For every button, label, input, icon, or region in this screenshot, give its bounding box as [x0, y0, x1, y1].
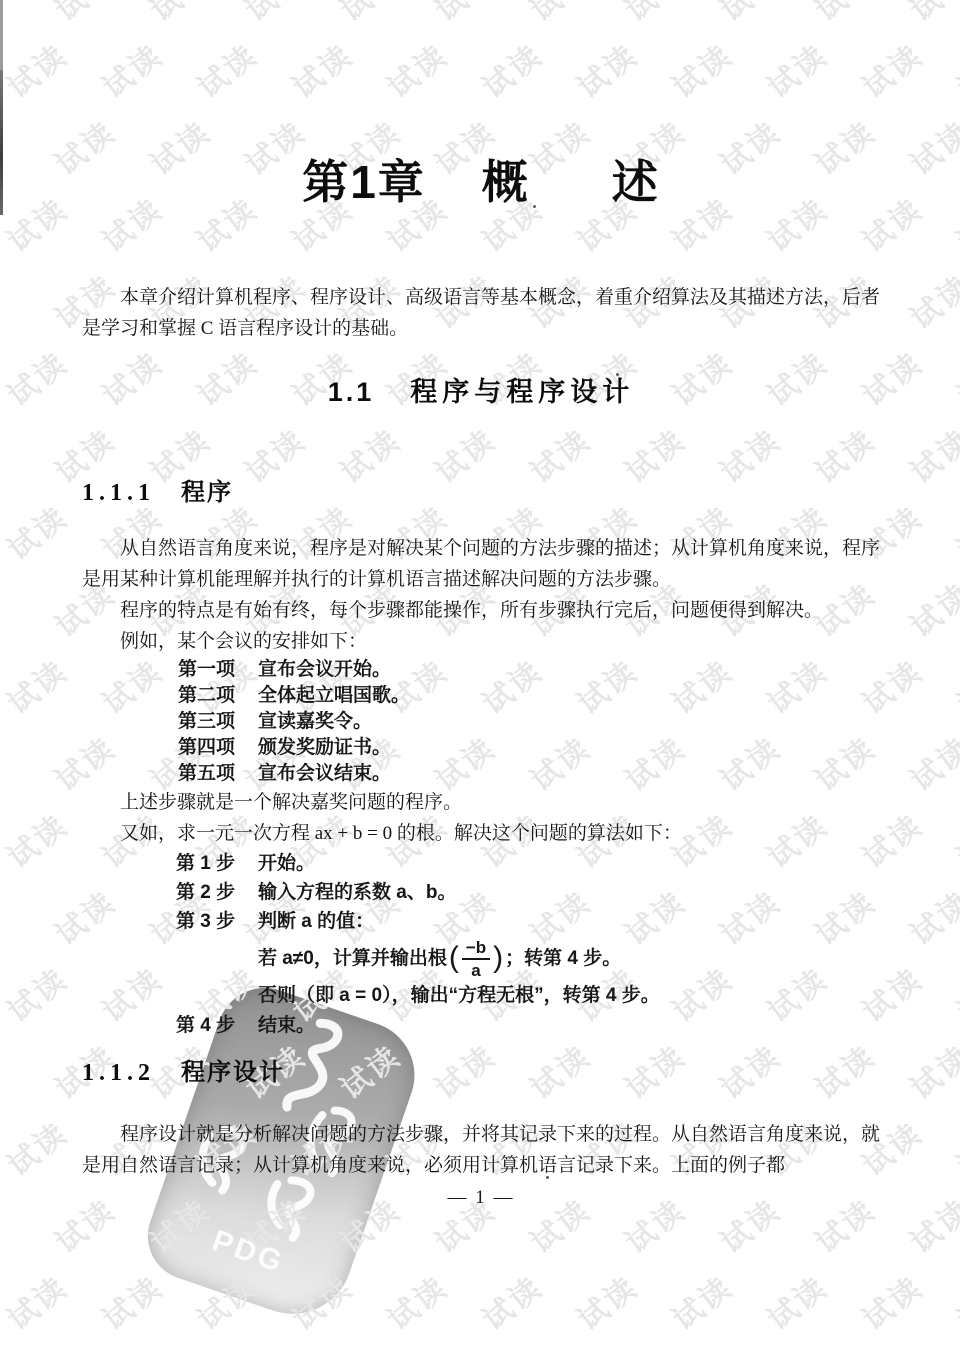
book-page: PDG 试读试读试读试读试读试读试读试读试读试读试读试读试读试读试读试读试读试读… [0, 0, 960, 1357]
trial-watermark: 试读 [899, 108, 960, 183]
chapter-title-word2: 述 [612, 156, 660, 208]
meeting-agenda-list: 第一项宣布会议开始。 第二项全体起立唱国歌。 第三项宣读嘉奖令。 第四项颁发奖励… [82, 657, 880, 787]
trial-watermark: 试读 [0, 493, 76, 568]
list-item-text: 宣读嘉奖令。 [258, 709, 372, 735]
fraction-numerator: −b [462, 939, 490, 960]
trial-watermark: 试读 [946, 1263, 960, 1338]
trial-watermark: 试读 [0, 1109, 76, 1184]
body-paragraph: 从自然语言角度来说，程序是对解决某个问题的方法步骤的描述；从计算机角度来说，程序… [82, 533, 880, 595]
trial-watermark: 试读 [851, 1263, 930, 1338]
fraction-denominator: a [471, 960, 480, 979]
algorithm-step: 第 2 步输入方程的系数 a、b。 [176, 878, 880, 907]
body-paragraph: 程序设计就是分析解决问题的方法步骤，并将其记录下来的过程。从自然语言角度来说，就… [82, 1119, 880, 1181]
trial-watermark: 试读 [899, 1032, 960, 1107]
step-label: 第 4 步 [176, 1011, 258, 1040]
subsection-number: 1.1.1 [82, 480, 155, 506]
trial-watermark: 试读 [0, 801, 76, 876]
scan-speck [533, 205, 536, 208]
trial-watermark: 试读 [946, 493, 960, 568]
subsection-heading-1-1-1: 1.1.1程序 [82, 479, 880, 507]
trial-watermark: 试读 [0, 339, 76, 414]
list-item: 第四项颁发奖励证书。 [178, 735, 880, 761]
trial-watermark: 试读 [566, 1263, 645, 1338]
step-label: 第 2 步 [176, 878, 258, 907]
trial-watermark: 试读 [0, 185, 76, 260]
algorithm-steps: 第 1 步开始。 第 2 步输入方程的系数 a、b。 第 3 步判断 a 的值：… [82, 849, 880, 1040]
trial-watermark: 试读 [899, 1186, 960, 1261]
trial-watermark: 试读 [946, 1109, 960, 1184]
list-item-label: 第二项 [178, 683, 258, 709]
trial-watermark: 试读 [946, 185, 960, 260]
trial-watermark: 试读 [661, 1263, 740, 1338]
trial-watermark: 试读 [0, 1263, 76, 1338]
trial-watermark: 试读 [471, 1263, 550, 1338]
branch-if-suffix: ；转第 4 步。 [505, 943, 621, 974]
trial-watermark: 试读 [899, 262, 960, 337]
fraction-minus-b-over-a: −ba [462, 939, 490, 979]
open-paren: ( [447, 942, 461, 973]
scan-edge-artifact [0, 0, 3, 70]
step-text: 开始。 [258, 849, 315, 878]
trial-watermark: 试读 [899, 0, 960, 30]
body-paragraph: 例如，某个会议的安排如下： [82, 626, 880, 657]
chapter-title-word1: 概 [482, 156, 530, 208]
list-item: 第三项宣读嘉奖令。 [178, 709, 880, 735]
list-item: 第一项宣布会议开始。 [178, 657, 880, 683]
trial-watermark: 试读 [0, 31, 76, 106]
step-label: 第 3 步 [176, 907, 258, 936]
scan-speck [546, 1176, 549, 1179]
list-item: 第五项宣布会议结束。 [178, 761, 880, 787]
body-paragraph: 程序的特点是有始有终，每个步骤都能操作，所有步骤执行完后，问题便得到解决。 [82, 595, 880, 626]
branch-if-prefix: 若 a≠0，计算并输出根 [258, 943, 447, 974]
algorithm-step: 第 1 步开始。 [176, 849, 880, 878]
body-paragraph: 又如，求一元一次方程 ax + b = 0 的根。解决这个问题的算法如下： [82, 818, 880, 849]
close-paren: ) [491, 942, 505, 973]
algorithm-step: 第 3 步判断 a 的值： [176, 907, 880, 936]
trial-watermark: 试读 [899, 878, 960, 953]
intro-paragraph: 本章介绍计算机程序、程序设计、高级语言等基本概念，着重介绍算法及其描述方法，后者… [82, 282, 880, 344]
subsection-heading-1-1-2: 1.1.2程序设计 [82, 1059, 880, 1087]
step-text: 结束。 [258, 1011, 315, 1040]
trial-watermark: 试读 [91, 1263, 170, 1338]
step-text: 输入方程的系数 a、b。 [258, 878, 456, 907]
scan-edge-artifact [0, 70, 3, 215]
subsection-title: 程序 [181, 479, 233, 506]
branch-else-line: 否则（即 a = 0），输出“方程无根”，转第 4 步。 [258, 980, 880, 1011]
trial-watermark: 试读 [946, 31, 960, 106]
trial-watermark: 试读 [0, 647, 76, 722]
trial-watermark: 试读 [756, 1263, 835, 1338]
trial-watermark: 试读 [946, 801, 960, 876]
trial-watermark: 试读 [0, 955, 76, 1030]
trial-watermark: 试读 [899, 416, 960, 491]
list-item-text: 宣布会议结束。 [258, 761, 391, 787]
chapter-title: 第1章概述 [82, 156, 880, 208]
trial-watermark: 试读 [946, 955, 960, 1030]
section-title: 程序与程序设计 [410, 377, 634, 407]
section-heading-1-1: 1.1程序与程序设计 [82, 377, 880, 407]
trial-watermark: 试读 [899, 724, 960, 799]
trial-watermark: 试读 [946, 339, 960, 414]
trial-watermark: 试读 [946, 647, 960, 722]
section-number: 1.1 [328, 377, 375, 407]
page-content: 第1章概述 本章介绍计算机程序、程序设计、高级语言等基本概念，着重介绍算法及其描… [82, 0, 880, 1209]
page-number: — 1 — [82, 1187, 880, 1209]
list-item-text: 颁发奖励证书。 [258, 735, 391, 761]
algorithm-step: 第 4 步结束。 [176, 1011, 880, 1040]
list-item-label: 第五项 [178, 761, 258, 787]
branch-if-line: 若 a≠0，计算并输出根 (−ba)；转第 4 步。 [258, 936, 880, 980]
list-item-text: 全体起立唱国歌。 [258, 683, 410, 709]
body-paragraph: 上述步骤就是一个解决嘉奖问题的程序。 [82, 787, 880, 818]
trial-watermark: 试读 [899, 570, 960, 645]
trial-watermark: 试读 [376, 1263, 455, 1338]
scan-speck [616, 373, 619, 376]
list-item-label: 第一项 [178, 657, 258, 683]
list-item: 第二项全体起立唱国歌。 [178, 683, 880, 709]
step-label: 第 1 步 [176, 849, 258, 878]
list-item-text: 宣布会议开始。 [258, 657, 391, 683]
chapter-number: 第1章 [302, 156, 426, 208]
list-item-label: 第三项 [178, 709, 258, 735]
list-item-label: 第四项 [178, 735, 258, 761]
subsection-number: 1.1.2 [82, 1060, 155, 1086]
step-text: 判断 a 的值： [258, 907, 374, 936]
subsection-title: 程序设计 [181, 1059, 285, 1086]
